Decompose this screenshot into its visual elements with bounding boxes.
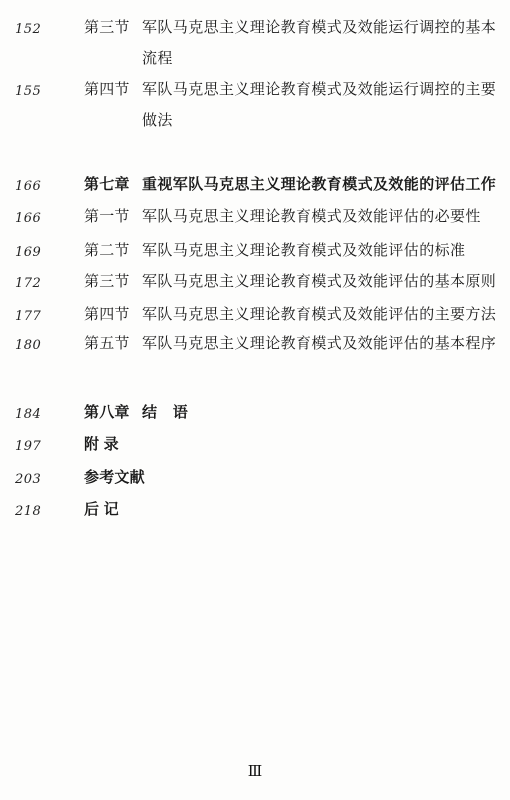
toc-page-number: 166 [15,209,41,228]
toc-entry-title-continuation: 做法 [142,111,173,130]
toc-entry-title-continuation: 流程 [142,49,173,68]
toc-page-number: 203 [15,470,41,489]
toc-page-number: 184 [15,405,41,424]
toc-row-backmatter: 218 后 记 [0,500,510,520]
toc-entry-label: 第二节 [84,241,130,260]
toc-entry-title: 军队马克思主义理论教育模式及效能评估的基本原则 [142,272,496,291]
toc-row: 152 第三节 军队马克思主义理论教育模式及效能运行调控的基本 [0,18,510,38]
toc-entry-label: 第五节 [84,334,130,353]
toc-entry-title: 军队马克思主义理论教育模式及效能运行调控的主要 [142,80,496,99]
toc-page-number: 169 [15,243,41,262]
toc-row: 166 第一节 军队马克思主义理论教育模式及效能评估的必要性 [0,207,510,227]
toc-page-number: 166 [15,177,41,196]
toc-entry-title: 结 语 [142,403,188,422]
toc-page-number: 172 [15,274,41,293]
toc-entry-title: 重视军队马克思主义理论教育模式及效能的评估工作 [142,175,496,194]
toc-entry-label: 第八章 [84,403,130,422]
toc-row-chapter: 184 第八章 结 语 [0,403,510,423]
toc-row-chapter: 166 第七章 重视军队马克思主义理论教育模式及效能的评估工作 [0,175,510,195]
toc-entry-label: 第三节 [84,18,130,37]
toc-page-number: 180 [15,336,41,355]
toc-row-backmatter: 203 参考文献 [0,468,510,488]
toc-row: 180 第五节 军队马克思主义理论教育模式及效能评估的基本程序 [0,334,510,354]
toc-page-number: 197 [15,437,41,456]
toc-row: 177 第四节 军队马克思主义理论教育模式及效能评估的主要方法 [0,305,510,325]
toc-entry-label: 第一节 [84,207,130,226]
toc-row-continuation: 流程 [0,49,510,69]
toc-page: 152 第三节 军队马克思主义理论教育模式及效能运行调控的基本 流程 155 第… [0,0,510,800]
toc-entry-title: 军队马克思主义理论教育模式及效能评估的标准 [142,241,465,260]
toc-entry-title: 军队马克思主义理论教育模式及效能评估的基本程序 [142,334,496,353]
toc-row: 172 第三节 军队马克思主义理论教育模式及效能评估的基本原则 [0,272,510,292]
folio-number: Ⅲ [0,762,510,780]
toc-entry-label: 参考文献 [84,468,145,487]
toc-entry-label: 第三节 [84,272,130,291]
toc-page-number: 152 [15,20,41,39]
toc-row: 155 第四节 军队马克思主义理论教育模式及效能运行调控的主要 [0,80,510,100]
toc-entry-title: 军队马克思主义理论教育模式及效能运行调控的基本 [142,18,496,37]
toc-entry-label: 第七章 [84,175,130,194]
toc-entry-label: 第四节 [84,80,130,99]
toc-entry-title: 军队马克思主义理论教育模式及效能评估的主要方法 [142,305,496,324]
toc-entry-label: 后 记 [84,500,119,519]
toc-page-number: 177 [15,307,41,326]
toc-row-continuation: 做法 [0,111,510,131]
toc-entry-label: 第四节 [84,305,130,324]
toc-page-number: 155 [15,82,41,101]
toc-entry-label: 附 录 [84,435,119,454]
toc-row-backmatter: 197 附 录 [0,435,510,455]
toc-row: 169 第二节 军队马克思主义理论教育模式及效能评估的标准 [0,241,510,261]
toc-page-number: 218 [15,502,41,521]
toc-entry-title: 军队马克思主义理论教育模式及效能评估的必要性 [142,207,481,226]
